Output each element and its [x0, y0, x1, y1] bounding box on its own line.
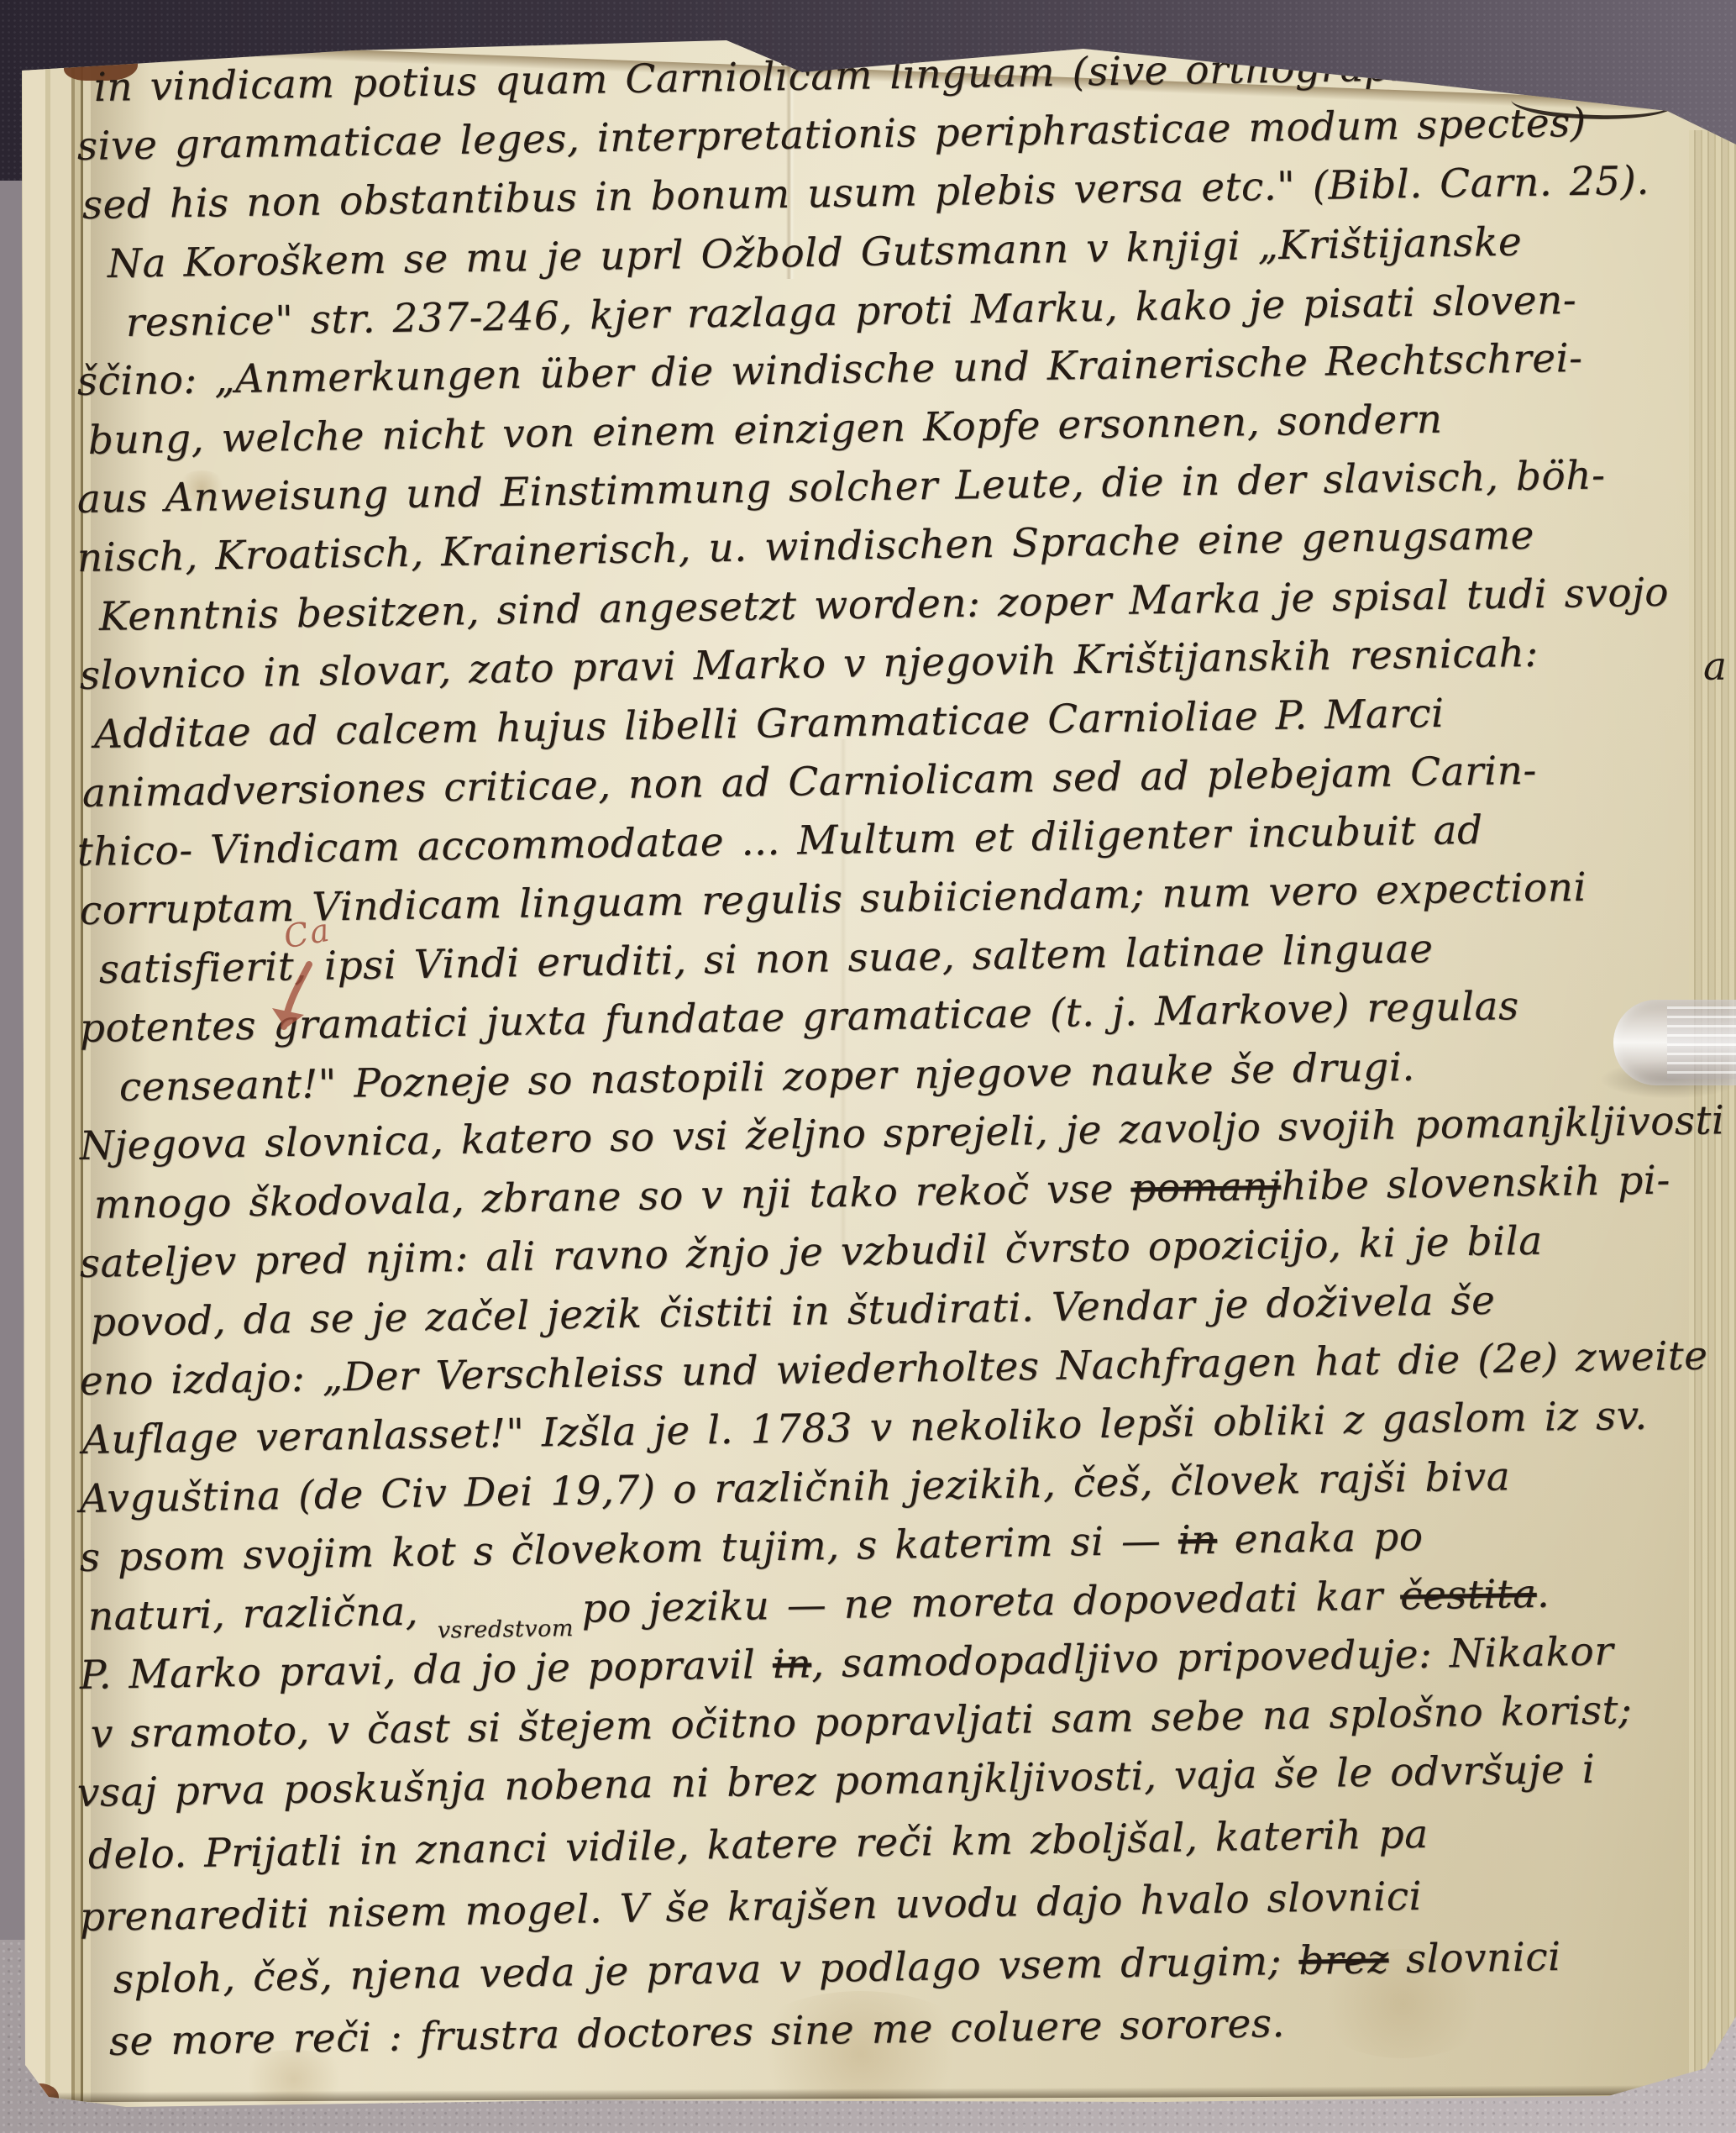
text-segment: v sramoto, v čast si štejem očitno popra…: [90, 1687, 1632, 1757]
text-segment: censeant!" Pozneje so nastopili zoper nj…: [118, 1044, 1415, 1111]
text-segment: Na Koroškem se mu je uprl Ožbold Gutsman…: [107, 219, 1522, 287]
text-segment: delo. Prijatli in znanci vidile, katere …: [87, 1811, 1429, 1878]
manuscript-line: bung, welche nicht von einem einzigen Ko…: [87, 397, 1442, 464]
text-segment: animadversiones criticae, non ad Carniol…: [81, 748, 1537, 817]
text-segment: , samodopadljivo pripoveduje: Nikakor: [811, 1628, 1614, 1687]
manuscript-line: thico- Vindicam accommodatae ... Multum …: [76, 808, 1483, 875]
page-weight-rod: [1613, 1000, 1736, 1085]
manuscript-line: Kenntnis besitzen, sind angesetzt worden…: [98, 570, 1669, 640]
manuscript-line: v sramoto, v čast si štejem očitno popra…: [90, 1688, 1632, 1757]
text-segment: hibe slovenskih pi-: [1281, 1158, 1670, 1210]
text-segment: se more reči : frustra doctores sine me …: [108, 2000, 1285, 2065]
text-segment: povod, da se je začel jezik čistiti in š…: [90, 1278, 1495, 1346]
manuscript-line: s psom svojim kot s človekom tujim, s ka…: [79, 1515, 1423, 1581]
inserted-word: vsredstvom: [438, 1616, 574, 1644]
manuscript-line: naturi, različna, vsredstvompo jeziku — …: [87, 1572, 1550, 1640]
manuscript-line: Auflage veranlasset!" Izšla je l. 1783 v…: [81, 1394, 1648, 1463]
manuscript-line: Avguština (de Civ Dei 19,7) o različnih …: [79, 1454, 1510, 1522]
manuscript-line: sploh, češ, njena veda je prava v podlag…: [113, 1935, 1561, 2003]
text-segment: sateljev pred njim: ali ravno žnjo je vz…: [79, 1218, 1543, 1287]
manuscript-line: animadversiones criticae, non ad Carniol…: [81, 749, 1537, 817]
manuscript-line: aus Anweisung und Einstimmung solcher Le…: [76, 453, 1605, 523]
text-segment: sed his non obstantibus in bonum usum pl…: [81, 158, 1649, 229]
text-segment: thico- Vindicam accommodatae ... Multum …: [76, 807, 1483, 875]
manuscript-line: povod, da se je začel jezik čistiti in š…: [90, 1279, 1495, 1346]
manuscript-line: delo. Prijatli in znanci vidile, katere …: [87, 1812, 1429, 1878]
text-segment: Auflage veranlasset!" Izšla je l. 1783 v…: [81, 1393, 1648, 1463]
manuscript-line: P. Marko pravi, da jo je popravil in, sa…: [79, 1629, 1613, 1699]
struck-word: brez: [1298, 1936, 1389, 1984]
manuscript-text: in vindicam potius quam Carniolicam ling…: [0, 0, 1736, 2133]
text-segment: eno izdajo: „Der Verschleiss und wiederh…: [79, 1333, 1707, 1405]
struck-word: čestita: [1400, 1571, 1537, 1620]
manuscript-line: vsaj prva poskušnja nobena ni brez poman…: [76, 1747, 1595, 1816]
text-segment: resnice" str. 237-246, kjer razlaga prot…: [125, 277, 1576, 346]
text-segment: P. Marko pravi, da jo je popravil: [79, 1642, 773, 1699]
manuscript-line: sed his non obstantibus in bonum usum pl…: [81, 159, 1649, 229]
text-segment: sive grammaticae leges, interpretationis…: [76, 100, 1587, 170]
manuscript-line: sateljev pred njim: ali ravno žnjo je vz…: [79, 1219, 1543, 1287]
text-segment: enaka po: [1217, 1514, 1424, 1563]
text-segment: sploh, češ, njena veda je prava v podlag…: [113, 1938, 1298, 2003]
struck-word: in: [772, 1641, 811, 1688]
photo-scene: 151 in vindicam potius quam Carniolicam …: [0, 0, 1736, 2133]
text-segment: naturi, različna,: [87, 1589, 435, 1640]
text-segment: slovnici: [1388, 1934, 1561, 1983]
manuscript-line: Njegova slovnica, katero so vsi željno s…: [79, 1098, 1724, 1169]
text-segment: .: [1536, 1571, 1550, 1617]
red-ink-annotation: Ca: [281, 913, 333, 953]
manuscript-line: se more reči : frustra doctores sine me …: [108, 2001, 1285, 2065]
text-segment: Additae ad calcem hujus libelli Grammati…: [93, 691, 1445, 758]
manuscript-line: nisch, Kroatisch, Krainerisch, u. windis…: [76, 513, 1534, 581]
manuscript-page: 151 in vindicam potius quam Carniolicam …: [0, 0, 1736, 2133]
manuscript-line: Na Koroškem se mu je uprl Ožbold Gutsman…: [107, 220, 1522, 287]
struck-word: pomanj: [1130, 1164, 1282, 1212]
text-segment: ščino: „Anmerkungen über die windische u…: [76, 335, 1582, 405]
text-segment: mnogo škodovala, zbrane so v nji tako re…: [93, 1166, 1130, 1228]
text-segment: vsaj prva poskušnja nobena ni brez poman…: [76, 1747, 1595, 1816]
text-segment: Kenntnis besitzen, sind angesetzt worden…: [98, 570, 1669, 640]
manuscript-line: slovnico in slovar, zato pravi Marko v n…: [79, 631, 1539, 699]
manuscript-line: ščino: „Anmerkungen über die windische u…: [76, 336, 1582, 405]
text-segment: prenarediti nisem mogel. V še krajšen uv…: [79, 1873, 1422, 1941]
manuscript-line: eno izdajo: „Der Verschleiss und wiederh…: [79, 1334, 1707, 1405]
text-segment: Njegova slovnica, katero so vsi željno s…: [79, 1097, 1724, 1169]
text-segment: po jeziku — ne moreta dopovedati kar: [581, 1573, 1400, 1631]
text-segment: aus Anweisung und Einstimmung solcher Le…: [76, 452, 1605, 523]
text-segment: s psom svojim kot s človekom tujim, s ka…: [79, 1517, 1178, 1581]
text-segment: slovnico in slovar, zato pravi Marko v n…: [79, 630, 1539, 699]
manuscript-line: prenarediti nisem mogel. V še krajšen uv…: [79, 1874, 1422, 1941]
manuscript-line: censeant!" Pozneje so nastopili zoper nj…: [118, 1045, 1415, 1111]
manuscript-line: resnice" str. 237-246, kjer razlaga prot…: [125, 278, 1576, 346]
text-segment: Avguština (de Civ Dei 19,7) o različnih …: [79, 1453, 1510, 1522]
manuscript-line: Additae ad calcem hujus libelli Grammati…: [93, 691, 1445, 758]
text-segment: bung, welche nicht von einem einzigen Ko…: [87, 397, 1442, 464]
red-ink-arrow-mark: [267, 956, 334, 1037]
manuscript-line: mnogo škodovala, zbrane so v nji tako re…: [93, 1158, 1670, 1229]
cut-off-letter: a: [1703, 647, 1727, 686]
text-segment: nisch, Kroatisch, Krainerisch, u. windis…: [76, 512, 1534, 581]
struck-word: in: [1177, 1517, 1217, 1564]
manuscript-line: sive grammaticae leges, interpretationis…: [76, 101, 1587, 170]
